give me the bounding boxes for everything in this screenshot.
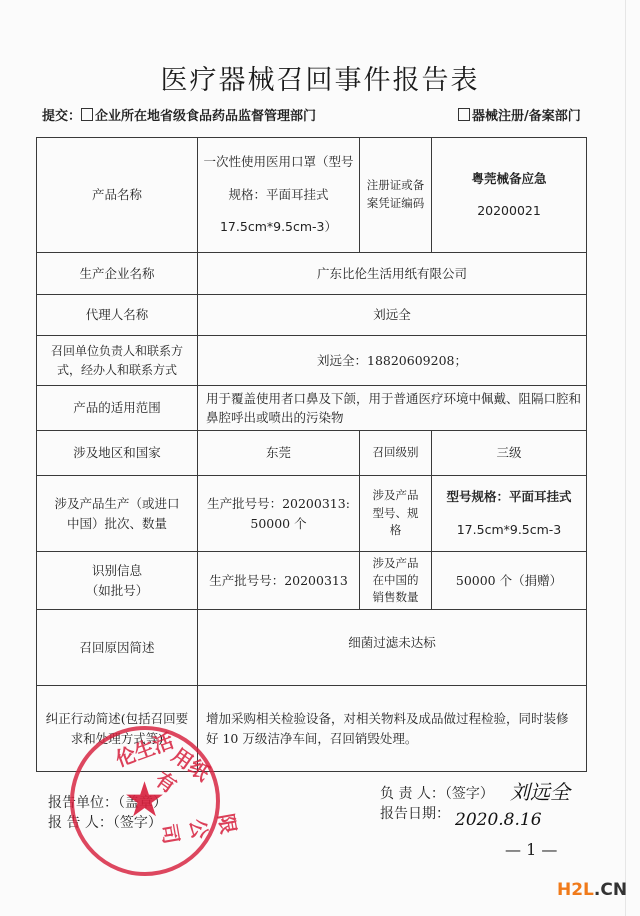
reg-code-line2: 20200021	[436, 195, 582, 228]
label-scope: 产品的适用范围	[37, 386, 198, 431]
ident-label-line1: 识别信息	[41, 561, 193, 580]
label-agent: 代理人名称	[37, 295, 198, 336]
row-region: 涉及地区和国家 东莞 召回级别 三级	[37, 431, 587, 476]
label-contact: 召回单位负责人和联系方式，经办人和联系方式	[37, 336, 198, 386]
submit-option-registration: 器械注册/备案部门	[458, 105, 581, 124]
watermark-logo: H2L.CN	[557, 880, 627, 900]
batch-line2: 50000 个	[202, 514, 355, 533]
value-manufacturer: 广东比伦生活用纸有限公司	[198, 253, 587, 295]
label-product-name: 产品名称	[37, 138, 198, 253]
label-region: 涉及地区和国家	[37, 431, 198, 476]
label-recall-level: 召回级别	[360, 431, 432, 476]
label-reason: 召回原因简述	[37, 610, 198, 686]
submit-line: 提交：企业所在地省级食品药品监督管理部门	[42, 105, 316, 124]
responsible-signature: 刘远全	[510, 776, 570, 805]
value-agent: 刘远全	[198, 295, 587, 336]
watermark-part2: .CN	[594, 880, 627, 900]
value-sales: 50000 个（捐赠）	[432, 552, 587, 610]
value-recall-level: 三级	[432, 431, 587, 476]
value-product-name: 一次性使用医用口罩（型号 规格：平面耳挂式 17.5cm*9.5cm-3）	[198, 138, 360, 253]
product-name-line2: 规格：平面耳挂式	[202, 179, 355, 212]
value-batch: 生产批号号：20200313: 50000 个	[198, 476, 360, 552]
document-title: 医疗器械召回事件报告表	[0, 58, 640, 97]
label-ident: 识别信息 （如批号）	[37, 552, 198, 610]
model-line1: 型号规格：平面耳挂式	[436, 481, 582, 514]
label-registration-code: 注册证或备案凭证编码	[360, 138, 432, 253]
row-agent: 代理人名称 刘远全	[37, 295, 587, 336]
checkbox-registration[interactable]	[458, 108, 470, 121]
responsible-label: 负 责 人：（签字）	[380, 783, 494, 803]
value-ident: 生产批号号：20200313	[198, 552, 360, 610]
row-batch: 涉及产品生产（或进口中国）批次、数量 生产批号号：20200313: 50000…	[37, 476, 587, 552]
report-date-value: 2020.8.16	[455, 810, 542, 830]
submit-label: 提交：	[42, 109, 81, 124]
value-model: 型号规格：平面耳挂式 17.5cm*9.5cm-3	[432, 476, 587, 552]
value-corrective: 增加采购相关检验设备，对相关物料及成品做过程检验，同时装修好 10 万级洁净车间…	[198, 686, 587, 772]
value-scope: 用于覆盖使用者口鼻及下颌，用于普通医疗环境中佩戴、阻隔口腔和鼻腔呼出或喷出的污染…	[198, 386, 587, 431]
ident-label-line2: （如批号）	[41, 581, 193, 600]
seal-text-3: 限公司	[156, 811, 247, 856]
submit-option-registration-label: 器械注册/备案部门	[472, 109, 581, 124]
value-region: 东莞	[198, 431, 360, 476]
page-number: — 1 —	[505, 840, 557, 859]
row-contact: 召回单位负责人和联系方式，经办人和联系方式 刘远全：18820609208；	[37, 336, 587, 386]
page-edge-line	[625, 0, 626, 916]
product-name-line3: 17.5cm*9.5cm-3）	[202, 211, 355, 244]
label-batch: 涉及产品生产（或进口中国）批次、数量	[37, 476, 198, 552]
model-line2: 17.5cm*9.5cm-3	[436, 514, 582, 547]
company-seal-stamp: ★ 伦生活 用纸有 限公司	[70, 726, 220, 876]
checkbox-provincial[interactable]	[81, 108, 93, 121]
label-sales: 涉及产品在中国的销售数量	[360, 552, 432, 610]
value-reason: 细菌过滤未达标	[198, 610, 587, 686]
row-ident: 识别信息 （如批号） 生产批号号：20200313 涉及产品在中国的销售数量 5…	[37, 552, 587, 610]
row-reason: 召回原因简述 细菌过滤未达标	[37, 610, 587, 686]
row-scope: 产品的适用范围 用于覆盖使用者口鼻及下颌，用于普通医疗环境中佩戴、阻隔口腔和鼻腔…	[37, 386, 587, 431]
reg-code-line1: 粤莞械备应急	[436, 163, 582, 196]
value-contact: 刘远全：18820609208；	[198, 336, 587, 386]
submit-option-provincial: 企业所在地省级食品药品监督管理部门	[95, 109, 316, 124]
row-manufacturer: 生产企业名称 广东比伦生活用纸有限公司	[37, 253, 587, 295]
watermark-part1: H2L	[557, 880, 594, 900]
report-date-label: 报告日期：	[380, 803, 450, 823]
value-registration-code: 粤莞械备应急 20200021	[432, 138, 587, 253]
product-name-line1: 一次性使用医用口罩（型号	[202, 146, 355, 179]
row-product-name: 产品名称 一次性使用医用口罩（型号 规格：平面耳挂式 17.5cm*9.5cm-…	[37, 138, 587, 253]
label-model: 涉及产品型号、规格	[360, 476, 432, 552]
batch-line1: 生产批号号：20200313:	[202, 494, 355, 513]
label-manufacturer: 生产企业名称	[37, 253, 198, 295]
recall-report-table: 产品名称 一次性使用医用口罩（型号 规格：平面耳挂式 17.5cm*9.5cm-…	[36, 137, 587, 772]
